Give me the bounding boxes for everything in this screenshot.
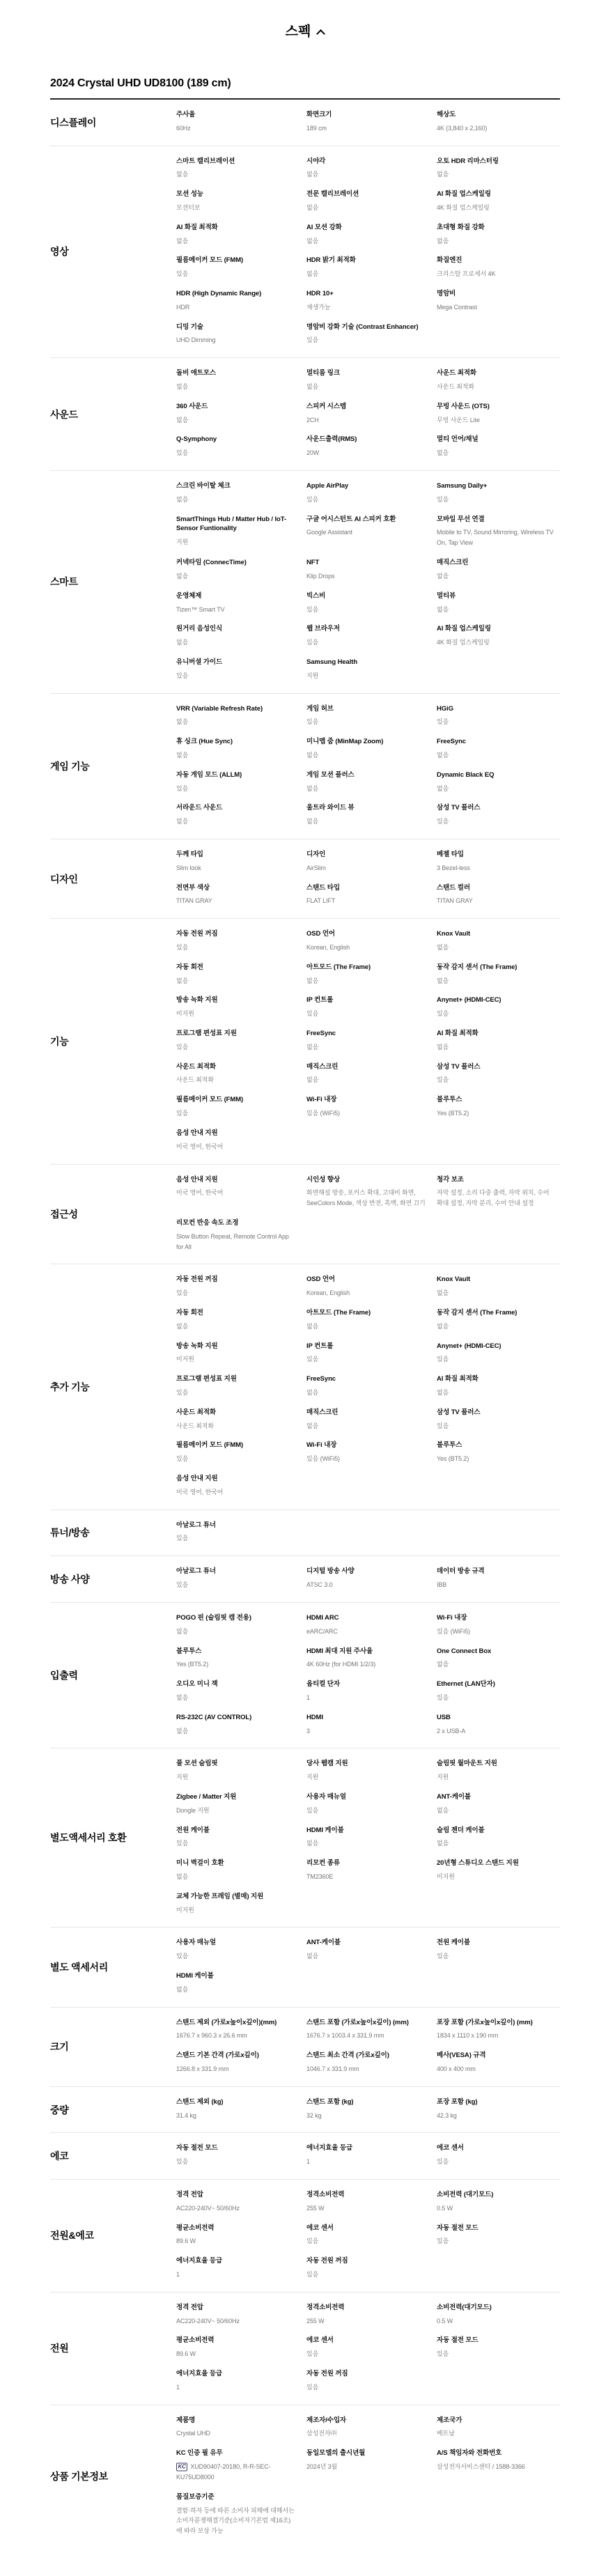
spec-value: 400 x 400 mm	[437, 2064, 556, 2074]
spec-cell: 자동 회전없음	[176, 1308, 299, 1332]
spec-label: Knox Vault	[437, 929, 556, 939]
spec-cell: 리모컨 종류TM2360E	[306, 1859, 430, 1882]
spec-label: Samsung Daily+	[437, 481, 556, 491]
spec-cell: ANT-케이블없음	[306, 1938, 430, 1962]
spec-label: 자동 게임 모드 (ALLM)	[176, 770, 295, 780]
spec-label: 동일모델의 출시년월	[306, 2449, 426, 2458]
section-title: 디자인	[50, 872, 176, 894]
spec-label: 멀티룸 링크	[306, 368, 426, 378]
spec-cell: RS-232C (AV CONTROL)없음	[176, 1713, 299, 1737]
spec-cell: HDMI ARCeARC/ARC	[306, 1613, 430, 1637]
spec-cell: SmartThings Hub / Matter Hub / IoT-Senso…	[176, 515, 299, 548]
spec-label: 풀 모션 슬림핏	[176, 1759, 295, 1769]
spec-value: 없음	[306, 1421, 426, 1431]
spec-label: 자동 절전 모드	[437, 2224, 556, 2233]
spec-cell: 빅스비있음	[306, 591, 430, 615]
spec-value: 지원	[306, 1772, 426, 1783]
spec-cell: 아날로그 튜너있음	[176, 1521, 299, 1544]
spec-value: 있음	[306, 637, 426, 648]
spec-value: 있음	[437, 1693, 556, 1703]
spec-value: 있음	[437, 1354, 556, 1365]
spec-value: 1	[176, 2382, 295, 2393]
spec-label: HDMI	[306, 1713, 426, 1723]
spec-value: 없음	[176, 415, 295, 426]
spec-value: 있음	[176, 448, 295, 458]
spec-cell: 블루투스Yes (BT5.2)	[176, 1647, 299, 1670]
spec-cell: 옵티컬 단자1	[306, 1679, 430, 1703]
spec-section: 중량스탠드 제외 (kg)31.4 kg스탠드 포함 (kg)32 kg포장 포…	[50, 2087, 560, 2134]
spec-value: 1676.7 x 960.3 x 26.6 mm	[176, 2031, 295, 2041]
spec-label: 오디오 미니 잭	[176, 1679, 295, 1689]
spec-cell: 프로그램 편성표 지원있음	[176, 1029, 299, 1053]
spec-label: 삼성 TV 플러스	[437, 1062, 556, 1072]
section-title: 디스플레이	[50, 116, 176, 138]
spec-value: 4K 화질 업스케일링	[437, 203, 556, 213]
spec-cell: 스탠드 컬러TITAN GRAY	[437, 883, 560, 907]
spec-value: 없음	[437, 1042, 556, 1053]
spec-value: 사운드 최적화	[176, 1075, 295, 1085]
spec-label: 에코 센서	[437, 2143, 556, 2153]
spec-value: 있음	[437, 2157, 556, 2167]
spec-value: 없음	[176, 976, 295, 986]
spec-value: 없음	[437, 1288, 556, 1298]
spec-cell: 매직스크린없음	[437, 558, 560, 582]
spec-label: FreeSync	[306, 1029, 426, 1039]
spec-label: 사용자 매뉴얼	[306, 1792, 426, 1802]
spec-cell: Q-Symphony있음	[176, 435, 299, 458]
spec-value: 있음	[437, 816, 556, 827]
spec-label: 울트라 와이드 뷰	[306, 803, 426, 813]
spec-section: 에코자동 절전 모드있음에너지효율 등급1에코 센서있음	[50, 2133, 560, 2180]
spec-value: Slow Button Repeat, Remote Control App f…	[176, 1232, 295, 1252]
spec-label: 스탠드 제외 (kg)	[176, 2097, 295, 2107]
spec-label: Apple AirPlay	[306, 481, 426, 491]
spec-label: 슬림핏 월마운트 지원	[437, 1759, 556, 1769]
spec-label: HDMI ARC	[306, 1613, 426, 1623]
spec-value: AirSlim	[306, 863, 426, 874]
spec-value: IBB	[437, 1580, 556, 1590]
spec-value: 없음	[437, 1321, 556, 1332]
spec-label: 스탠드 타입	[306, 883, 426, 893]
spec-value: 없음	[437, 784, 556, 794]
spec-cell: OSD 언어Korean, English	[306, 929, 430, 953]
spec-cell: 소비전력 (대기모드)0.5 W	[437, 2190, 560, 2214]
spec-value: 있음	[176, 1454, 295, 1464]
spec-cell: 스탠드 기본 간격 (가로x깊이)1266.8 x 331.9 mm	[176, 2051, 299, 2074]
spec-header-title: 스펙	[286, 21, 311, 40]
spec-cell: Dynamic Black EQ없음	[437, 770, 560, 794]
section-title: 상품 기본정보	[50, 2469, 176, 2492]
spec-cell: 스탠드 최소 간격 (가로x깊이)1046.7 x 331.9 mm	[306, 2051, 430, 2074]
spec-value: 있음	[176, 1580, 295, 1590]
spec-label: 게임 모션 플러스	[306, 770, 426, 780]
spec-value: 미국 영어, 한국어	[176, 1188, 295, 1198]
spec-value: 없음	[176, 1872, 295, 1882]
spec-cell: 전원 케이블있음	[176, 1826, 299, 1849]
spec-value: eARC/ARC	[306, 1627, 426, 1637]
spec-cell: 게임 모션 플러스없음	[306, 770, 430, 794]
spec-cell: Wi-Fi 내장있음 (WiFi5)	[306, 1441, 430, 1464]
spec-label: RS-232C (AV CONTROL)	[176, 1713, 295, 1723]
spec-label: 사운드 최적화	[437, 368, 556, 378]
spec-value: 없음	[306, 976, 426, 986]
spec-cell: 전원 케이블있음	[437, 1938, 560, 1962]
spec-label: 20년형 스튜디오 스탠드 지원	[437, 1859, 556, 1868]
spec-label: 베사(VESA) 규격	[437, 2051, 556, 2061]
spec-cell: 자동 전원 꺼짐있음	[306, 2369, 430, 2393]
spec-label: 멀티 언어/채널	[437, 435, 556, 444]
section-title: 스마트	[50, 575, 176, 597]
spec-value: 없음	[306, 1321, 426, 1332]
spec-value: 사운드 최적화	[437, 382, 556, 392]
spec-cell: AI 화질 업스케일링4K 화질 업스케일링	[437, 189, 560, 213]
spec-label: HGiG	[437, 704, 556, 714]
spec-label: AI 화질 업스케일링	[437, 189, 556, 199]
spec-value: 있음 (WiFi5)	[437, 1627, 556, 1637]
spec-cell: HDR 10+재생가능	[306, 289, 430, 313]
spec-cell: 게임 허브있음	[306, 704, 430, 728]
spec-value: 있음	[437, 1075, 556, 1085]
section-title: 크기	[50, 2040, 176, 2062]
spec-cell: 베젤 타입3 Bezel-less	[437, 850, 560, 874]
spec-value: TITAN GRAY	[176, 896, 295, 906]
spec-label: KC 인증 필 유무	[176, 2449, 295, 2458]
spec-cell: 에코 센서있음	[306, 2336, 430, 2359]
spec-cell: 평균소비전력89.6 W	[176, 2336, 299, 2359]
spec-label: 두께 타입	[176, 850, 295, 860]
spec-value: 없음	[437, 448, 556, 458]
spec-cell: POGO 핀 (슬림핏 캠 전용)없음	[176, 1613, 299, 1637]
spec-cell: 스마트 캘리브레이션없음	[176, 157, 299, 180]
spec-cell: Wi-Fi 내장있음 (WiFi5)	[306, 1095, 430, 1119]
spec-value: ATSC 3.0	[306, 1580, 426, 1590]
spec-cell: KC 인증 필 유무KCXUD90407-20180, R-R-SEC-KU75…	[176, 2449, 299, 2482]
spec-cell: HDMI3	[306, 1713, 430, 1737]
spec-cell: 스피커 시스템2CH	[306, 402, 430, 426]
spec-cell: 사운드 최적화사운드 최적화	[437, 368, 560, 392]
spec-label: 베젤 타입	[437, 850, 556, 860]
spec-cell: 포장 포함 (kg)42.3 kg	[437, 2097, 560, 2121]
spec-value: 있음	[437, 717, 556, 727]
spec-value: 있음	[437, 2236, 556, 2247]
spec-label: 스탠드 제외 (가로x높이x깊이)(mm)	[176, 2018, 295, 2028]
spec-value: 미지원	[176, 1009, 295, 1019]
spec-label: 주사율	[176, 110, 295, 120]
spec-section: 게임 기능VRR (Variable Refresh Rate)없음게임 허브있…	[50, 694, 560, 839]
spec-label: 자동 전원 꺼짐	[306, 2256, 426, 2266]
spec-value: 없음	[176, 169, 295, 180]
spec-cell: 디자인AirSlim	[306, 850, 430, 874]
spec-value: 없음	[306, 1951, 426, 1962]
spec-cell: AI 화질 최적화없음	[176, 223, 299, 247]
spec-cell: IP 컨트롤있음	[306, 1342, 430, 1365]
spec-label: 교체 가능한 프레임 (별매) 지원	[176, 1892, 295, 1902]
spec-value: 있음	[176, 942, 295, 953]
section-cells: 스마트 캘리브레이션없음시야각없음오토 HDR 리마스터링없음모션 성능모션터보…	[176, 157, 560, 356]
section-title: 방송 사양	[50, 1572, 176, 1595]
spec-value: 없음	[176, 1321, 295, 1332]
spec-cell: 시인성 향상화면해설 방송, 포커스 확대, 고대비 화면, SeeColors…	[306, 1175, 430, 1209]
spec-value: 없음	[437, 1659, 556, 1670]
spec-label: 스크린 바이탈 체크	[176, 481, 295, 491]
spec-value: KCXUD90407-20180, R-R-SEC-KU75UD8000	[176, 2462, 295, 2483]
section-cells: 두께 타입Slim look디자인AirSlim베젤 타입3 Bezel-les…	[176, 850, 560, 916]
spec-cell: 매직스크린없음	[306, 1062, 430, 1086]
spec-label: 화면크기	[306, 110, 426, 120]
spec-value: 있음	[306, 717, 426, 727]
spec-cell: AI 화질 업스케일링4K 화질 업스케일링	[437, 624, 560, 648]
spec-cell: 제품명Crystal UHD	[176, 2416, 299, 2439]
spec-label: AI 모션 강화	[306, 223, 426, 233]
spec-label: POGO 핀 (슬림핏 캠 전용)	[176, 1613, 295, 1623]
spec-label: 에코 센서	[306, 2336, 426, 2345]
spec-value: 없음	[437, 1806, 556, 1816]
section-title: 영상	[50, 245, 176, 267]
spec-label: 미니맵 줌 (MinMap Zoom)	[306, 737, 426, 747]
spec-cell: 매직스크린없음	[306, 1408, 430, 1431]
spec-value: Dongle 지원	[176, 1806, 295, 1816]
spec-label: FreeSync	[306, 1374, 426, 1384]
spec-cell: A/S 책임자와 전화번호삼성전자서비스센터 / 1588-3366	[437, 2449, 560, 2482]
spec-cell: 평균소비전력89.6 W	[176, 2224, 299, 2247]
spec-value: 미국 영어, 한국어	[176, 1142, 295, 1152]
spec-label: 슬림 젠더 케이블	[437, 1826, 556, 1836]
spec-label: 시인성 향상	[306, 1175, 426, 1185]
spec-value: 있음 (WiFi5)	[306, 1108, 426, 1119]
spec-label: 포장 포함 (kg)	[437, 2097, 556, 2107]
spec-label: 삼성 TV 플러스	[437, 1408, 556, 1418]
spec-cell: 삼성 TV 플러스있음	[437, 1408, 560, 1431]
spec-section: 전원정격 전압AC220-240V~ 50/60Hz정격소비전력255 W소비전…	[50, 2292, 560, 2405]
spec-cell: 자동 전원 꺼짐있음	[176, 1275, 299, 1298]
spec-value: 42.3 kg	[437, 2111, 556, 2121]
spec-label: IP 컨트롤	[306, 1342, 426, 1351]
spec-label: 유니버셜 가이드	[176, 658, 295, 667]
spec-cell: 블루투스Yes (BT5.2)	[437, 1095, 560, 1119]
spec-cell: Anynet+ (HDMI-CEC)있음	[437, 995, 560, 1019]
spec-label: 에너지효율 등급	[306, 2143, 426, 2153]
spec-value: 있음	[437, 1009, 556, 1019]
spec-label: 포장 포함 (가로x높이x깊이) (mm)	[437, 2018, 556, 2028]
section-cells: 아날로그 튜너있음디지털 방송 사양ATSC 3.0데이터 방송 규격IBB	[176, 1567, 560, 1600]
spec-value: 없음	[176, 1627, 295, 1637]
spec-cell: 필름메이커 모드 (FMM)있음	[176, 1095, 299, 1119]
spec-value: 있음	[176, 1951, 295, 1962]
spec-cell: 자동 절전 모드있음	[437, 2336, 560, 2359]
spec-cell: 필름메이커 모드 (FMM)있음	[176, 1441, 299, 1464]
spec-cell: 삼성 TV 플러스있음	[437, 1062, 560, 1086]
spec-value: 있음	[176, 1533, 295, 1544]
chevron-up-icon	[318, 29, 325, 36]
spec-cell: NFTKlip Drops	[306, 558, 430, 582]
spec-value: 1676.7 x 1003.4 x 331.9 mm	[306, 2031, 426, 2041]
spec-section: 방송 사양아날로그 튜너있음디지털 방송 사양ATSC 3.0데이터 방송 규격…	[50, 1556, 560, 1603]
spec-value: 1266.8 x 331.9 mm	[176, 2064, 295, 2074]
spec-label: OSD 언어	[306, 1275, 426, 1285]
spec-label: 무빙 사운드 (OTS)	[437, 402, 556, 412]
spec-value: 있음	[306, 2269, 426, 2280]
spec-value: 없음	[176, 717, 295, 727]
spec-cell: 구글 어시스턴트 AI 스피커 호환Google Assistant	[306, 515, 430, 548]
spec-cell: Apple AirPlay있음	[306, 481, 430, 505]
spec-section: 스마트스크린 바이탈 체크없음Apple AirPlay있음Samsung Da…	[50, 471, 560, 694]
spec-cell: 화질엔진크리스탈 프로세서 4K	[437, 256, 560, 279]
spec-label: 사운드 최적화	[176, 1408, 295, 1418]
spec-label: SmartThings Hub / Matter Hub / IoT-Senso…	[176, 515, 295, 534]
spec-value: 없음	[306, 816, 426, 827]
spec-label: 웹 브라우저	[306, 624, 426, 634]
spec-cell: 두께 타입Slim look	[176, 850, 299, 874]
spec-label: 정격 전압	[176, 2303, 295, 2313]
spec-cell: 아트모드 (The Frame)없음	[306, 963, 430, 986]
spec-label: 제품명	[176, 2416, 295, 2426]
spec-table: 디스플레이주사율60Hz화면크기189 cm해상도4K (3,840 x 2,1…	[50, 100, 560, 2548]
spec-label: 빅스비	[306, 591, 426, 601]
spec-label: 자동 전원 꺼짐	[176, 929, 295, 939]
spec-cell: 에너지효율 등급1	[306, 2143, 430, 2167]
spec-value: 1	[176, 2269, 295, 2280]
spec-value: Mega Contrast	[437, 302, 556, 313]
spec-value: Google Assistant	[306, 527, 426, 538]
spec-label: 명암비	[437, 289, 556, 299]
spec-value: 3 Bezel-less	[437, 863, 556, 874]
spec-value: 없음	[176, 1693, 295, 1703]
spec-value: 있음	[176, 269, 295, 279]
spec-label: Wi-Fi 내장	[437, 1613, 556, 1623]
spec-label: 스탠드 최소 간격 (가로x깊이)	[306, 2051, 426, 2061]
spec-value: 미국 영어, 한국어	[176, 1487, 295, 1498]
spec-label: 게임 허브	[306, 704, 426, 714]
spec-label: 명암비 강화 기술 (Contrast Enhancer)	[306, 323, 426, 332]
spec-value: 없음	[306, 169, 426, 180]
spec-label: 사용자 매뉴얼	[176, 1938, 295, 1948]
spec-label: 해상도	[437, 110, 556, 120]
spec-label: 당사 웹캠 지원	[306, 1759, 426, 1769]
spec-cell: 명암비 강화 기술 (Contrast Enhancer)있음	[306, 323, 430, 346]
spec-label: 전원 케이블	[176, 1826, 295, 1836]
spec-value: 89.6 W	[176, 2236, 295, 2247]
spec-section: 별도 액세서리사용자 매뉴얼있음ANT-케이블없음전원 케이블있음HDMI 케이…	[50, 1927, 560, 2007]
spec-cell: 전문 캘리브레이션없음	[306, 189, 430, 213]
spec-cell: ANT-케이블없음	[437, 1792, 560, 1816]
spec-label: 운영체제	[176, 591, 295, 601]
spec-label: Zigbee / Matter 지원	[176, 1792, 295, 1802]
spec-value: 결함·하자 등에 따른 소비자 피해에 대해서는 소비자분쟁해결기준(소비자기본…	[176, 2506, 295, 2537]
section-title: 입출력	[50, 1668, 176, 1691]
spec-label: AI 화질 최적화	[176, 223, 295, 233]
spec-value: Slim look	[176, 863, 295, 874]
spec-value: Yes (BT5.2)	[437, 1454, 556, 1464]
spec-label: 블루투스	[437, 1095, 556, 1105]
spec-section: 기능자동 전원 꺼짐있음OSD 언어Korean, EnglishKnox Va…	[50, 919, 560, 1164]
spec-label: 디밍 기술	[176, 323, 295, 332]
spec-section: 디스플레이주사율60Hz화면크기189 cm해상도4K (3,840 x 2,1…	[50, 100, 560, 146]
spec-section: 입출력POGO 핀 (슬림핏 캠 전용)없음HDMI ARCeARC/ARCWi…	[50, 1603, 560, 1748]
spec-value: 없음	[176, 236, 295, 247]
spec-cell: 자동 회전없음	[176, 963, 299, 986]
spec-label: 정격소비전력	[306, 2190, 426, 2200]
spec-value: 크리스탈 프로세서 4K	[437, 269, 556, 279]
spec-cell: 사운드 최적화사운드 최적화	[176, 1062, 299, 1086]
spec-label: 구글 어시스턴트 AI 스피커 호환	[306, 515, 426, 525]
spec-value: 없음	[306, 382, 426, 392]
spec-value: TM2360E	[306, 1872, 426, 1882]
spec-label: HDMI 케이블	[176, 1971, 295, 1981]
spec-label: 자동 전원 꺼짐	[176, 1275, 295, 1285]
spec-label: 전문 캘리브레이션	[306, 189, 426, 199]
spec-label: 리모컨 종류	[306, 1859, 426, 1868]
spec-cell: 스탠드 제외 (kg)31.4 kg	[176, 2097, 299, 2121]
spec-value: TITAN GRAY	[437, 896, 556, 906]
spec-value: 재생가능	[306, 302, 426, 313]
spec-accordion-toggle[interactable]: 스펙	[50, 15, 560, 41]
spec-label: 돌비 애트모스	[176, 368, 295, 378]
spec-cell: 슬림핏 월마운트 지원지원	[437, 1759, 560, 1783]
spec-value: 없음	[176, 382, 295, 392]
spec-value: 있음	[437, 495, 556, 505]
spec-label: HDR 10+	[306, 289, 426, 299]
spec-cell: 해상도4K (3,840 x 2,160)	[437, 110, 560, 134]
spec-label: 초대형 화질 강화	[437, 223, 556, 233]
spec-value: 사운드 최적화	[176, 1421, 295, 1431]
spec-cell: HDR (High Dynamic Range)HDR	[176, 289, 299, 313]
spec-cell: 멀티룸 링크없음	[306, 368, 430, 392]
spec-label: 필름메이커 모드 (FMM)	[176, 256, 295, 265]
spec-label: 소비전력 (대기모드)	[437, 2190, 556, 2200]
spec-page: 스펙 2024 Crystal UHD UD8100 (189 cm) 디스플레…	[0, 0, 599, 2576]
spec-label: 정격 전압	[176, 2190, 295, 2200]
spec-label: 자동 회전	[176, 963, 295, 972]
spec-value: 2CH	[306, 415, 426, 426]
spec-cell: Knox Vault없음	[437, 929, 560, 953]
spec-section: 별도액세서리 호환풀 모션 슬림핏지원당사 웹캠 지원지원슬림핏 월마운트 지원…	[50, 1748, 560, 1927]
spec-label: Wi-Fi 내장	[306, 1441, 426, 1450]
spec-value: 없음	[176, 637, 295, 648]
spec-label: HDMI 최대 지원 주사율	[306, 1647, 426, 1656]
spec-label: VRR (Variable Refresh Rate)	[176, 704, 295, 714]
spec-value: 1834 x 1110 x 190 mm	[437, 2031, 556, 2041]
spec-label: HDR 밝기 최적화	[306, 256, 426, 265]
spec-cell: 360 사운드없음	[176, 402, 299, 426]
section-cells: 음성 안내 지원미국 영어, 한국어시인성 향상화면해설 방송, 포커스 확대,…	[176, 1175, 560, 1262]
spec-value: 없음	[176, 1985, 295, 1995]
spec-cell: HDMI 최대 지원 주사율4K 60Hz (for HDMI 1/2/3)	[306, 1647, 430, 1670]
spec-cell: 정격소비전력255 W	[306, 2303, 430, 2327]
spec-label: Anynet+ (HDMI-CEC)	[437, 995, 556, 1005]
spec-value: 있음	[306, 1354, 426, 1365]
spec-label: NFT	[306, 558, 426, 568]
spec-value: 있음	[176, 2157, 295, 2167]
spec-cell: 아날로그 튜너있음	[176, 1567, 299, 1590]
spec-cell: FreeSync없음	[437, 737, 560, 761]
spec-label: 아날로그 튜너	[176, 1521, 295, 1530]
spec-section: 사운드돌비 애트모스없음멀티룸 링크없음사운드 최적화사운드 최적화360 사운…	[50, 358, 560, 471]
spec-value: 삼성전자서비스센터 / 1588-3366	[437, 2462, 556, 2472]
spec-value: Korean, English	[306, 942, 426, 953]
spec-label: 전면부 색상	[176, 883, 295, 893]
spec-value: 없음	[306, 203, 426, 213]
spec-value: 0.5 W	[437, 2203, 556, 2214]
spec-cell: HDMI 케이블없음	[306, 1826, 430, 1849]
spec-label: USB	[437, 1713, 556, 1723]
spec-value: 베트남	[437, 2428, 556, 2439]
spec-cell: 사운드출력(RMS)20W	[306, 435, 430, 458]
spec-value: 2024년 3월	[306, 2462, 426, 2472]
spec-cell: 정격 전압AC220-240V~ 50/60Hz	[176, 2303, 299, 2327]
spec-value: 60Hz	[176, 123, 295, 134]
spec-cell: 서라운드 사운드없음	[176, 803, 299, 827]
spec-value: 화면해설 방송, 포커스 확대, 고대비 화면, SeeColors Mode,…	[306, 1188, 426, 1209]
